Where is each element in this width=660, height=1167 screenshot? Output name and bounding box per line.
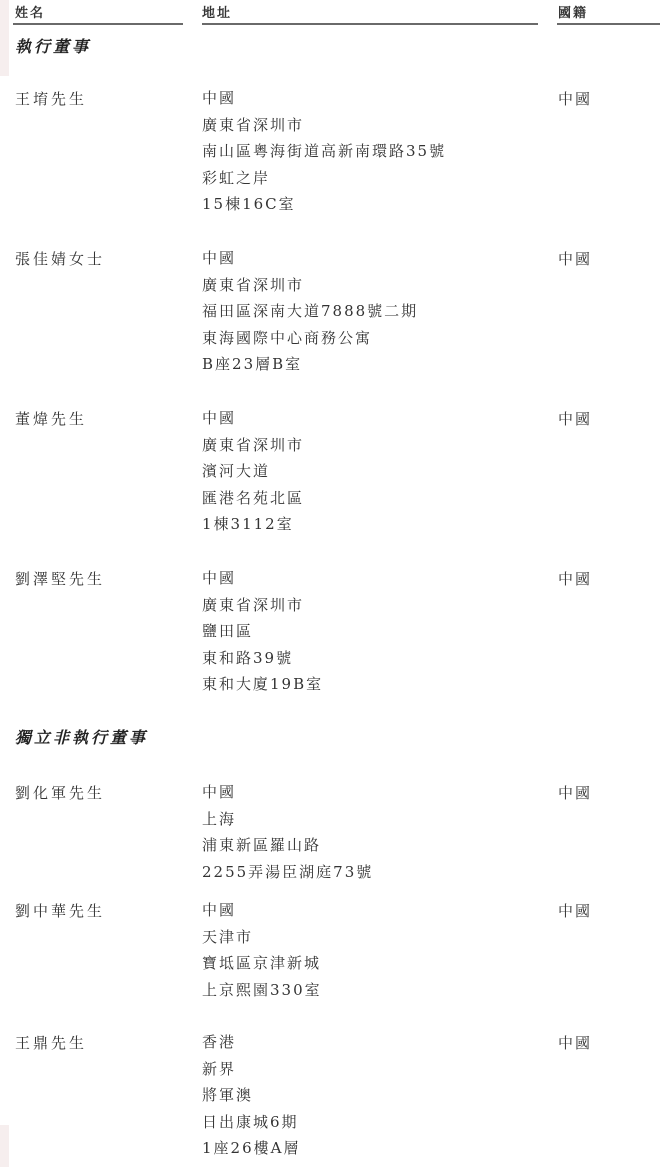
director-address: 中國 廣東省深圳市 南山區粵海街道高新南環路35號 彩虹之岸 15棟16C室 [202,88,446,221]
director-name: 劉中華先生 [15,900,105,921]
address-line: 中國 [202,900,322,927]
director-name: 董煒先生 [15,408,87,429]
address-line: 廣東省深圳市 [202,275,418,302]
address-line: 新界 [202,1059,300,1086]
director-address: 中國 天津市 寶坻區京津新城 上京熙園330室 [202,900,322,1006]
address-line: 1座26樓A層 [202,1138,300,1165]
address-line: 寶坻區京津新城 [202,953,322,980]
director-name: 劉澤堅先生 [15,568,105,589]
address-line: B座23層B室 [202,354,418,381]
director-nationality: 中國 [558,782,592,803]
address-line: 天津市 [202,927,322,954]
page-edge-shadow [0,1125,9,1167]
director-nationality: 中國 [558,568,592,589]
address-line: 上海 [202,809,373,836]
address-line: 濱河大道 [202,461,304,488]
address-line: 東和大廈19B室 [202,674,323,701]
column-header-name: 姓名 [15,2,45,21]
address-line: 中國 [202,248,418,275]
director-nationality: 中國 [558,1032,592,1053]
address-line: 東海國際中心商務公寓 [202,328,418,355]
column-header-nationality: 國籍 [558,2,588,21]
address-line: 上京熙園330室 [202,980,322,1007]
address-line: 福田區深南大道7888號二期 [202,301,418,328]
address-line: 中國 [202,782,373,809]
director-nationality: 中國 [558,88,592,109]
director-name: 王堉先生 [15,88,87,109]
header-rule-address [202,23,538,25]
director-name: 劉化軍先生 [15,782,105,803]
address-line: 彩虹之岸 [202,168,446,195]
director-address: 香港 新界 將軍澳 日出康城6期 1座26樓A層 [202,1032,300,1165]
section-title-independent-non-executive-directors: 獨立非執行董事 [15,725,148,748]
column-header-address: 地址 [202,2,232,21]
address-line: 南山區粵海街道高新南環路35號 [202,141,446,168]
address-line: 15棟16C室 [202,194,446,221]
address-line: 東和路39號 [202,648,323,675]
address-line: 香港 [202,1032,300,1059]
address-line: 將軍澳 [202,1085,300,1112]
director-name: 王鼎先生 [15,1032,87,1053]
section-title-executive-directors: 執行董事 [15,34,91,57]
address-line: 日出康城6期 [202,1112,300,1139]
address-line: 中國 [202,88,446,115]
header-rule-name [13,23,183,25]
address-line: 匯港名苑北區 [202,488,304,515]
header-rule-nationality [557,23,660,25]
director-nationality: 中國 [558,248,592,269]
director-address: 中國 廣東省深圳市 濱河大道 匯港名苑北區 1棟3112室 [202,408,304,541]
address-line: 廣東省深圳市 [202,115,446,142]
director-address: 中國 上海 浦東新區羅山路 2255弄湯臣湖庭73號 [202,782,373,888]
address-line: 中國 [202,568,323,595]
director-nationality: 中國 [558,900,592,921]
address-line: 1棟3112室 [202,514,304,541]
address-line: 廣東省深圳市 [202,435,304,462]
address-line: 鹽田區 [202,621,323,648]
director-nationality: 中國 [558,408,592,429]
director-name: 張佳婧女士 [15,248,105,269]
address-line: 中國 [202,408,304,435]
address-line: 廣東省深圳市 [202,595,323,622]
page-edge-shadow [0,0,9,76]
director-address: 中國 廣東省深圳市 福田區深南大道7888號二期 東海國際中心商務公寓 B座23… [202,248,418,381]
address-line: 2255弄湯臣湖庭73號 [202,862,373,889]
director-address: 中國 廣東省深圳市 鹽田區 東和路39號 東和大廈19B室 [202,568,323,701]
address-line: 浦東新區羅山路 [202,835,373,862]
